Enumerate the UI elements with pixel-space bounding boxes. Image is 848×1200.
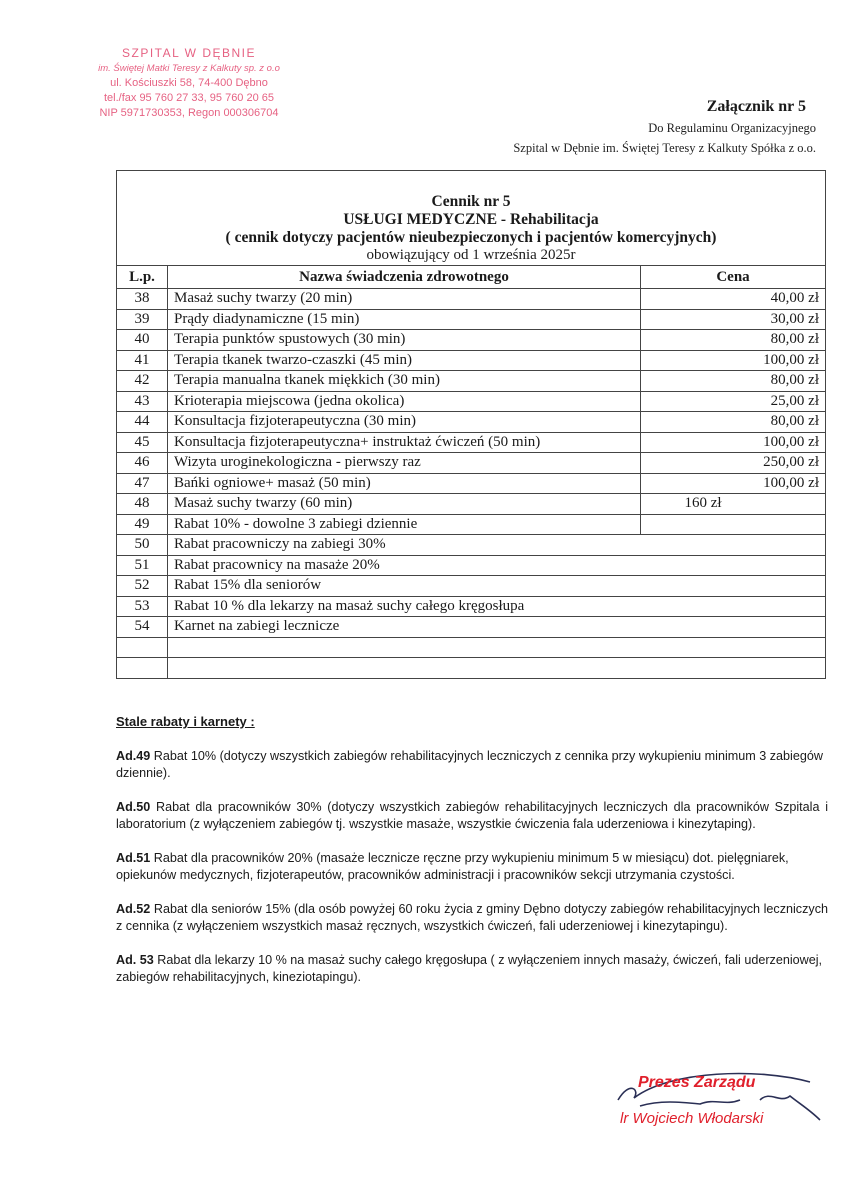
table-row: 44Konsultacja fizjoterapeutyczna (30 min…: [117, 412, 826, 433]
pricelist-effective-date: obowiązujący od 1 września 2025r: [117, 247, 825, 263]
table-row: 48Masaż suchy twarzy (60 min)160 zł: [117, 494, 826, 515]
row-service-name: Terapia punktów spustowych (30 min): [168, 330, 641, 351]
row-price: 25,00 zł: [641, 391, 826, 412]
row-price: 40,00 zł: [641, 289, 826, 310]
stamp-line: im. Świętej Matki Teresy z Kalkuty sp. z…: [84, 61, 294, 76]
column-header-price: Cena: [641, 266, 826, 289]
row-service-name: Terapia manualna tkanek miękkich (30 min…: [168, 371, 641, 392]
note-text: Rabat dla lekarzy 10 % na masaż suchy ca…: [116, 953, 822, 984]
note-label: Ad.50: [116, 800, 150, 814]
row-lp: 46: [117, 453, 168, 474]
row-service-name: Rabat pracownicy na masaże 20%: [168, 555, 826, 576]
note-label: Ad.51: [116, 851, 150, 865]
row-service-name: [168, 658, 826, 679]
note-item: Ad.49 Rabat 10% (dotyczy wszystkich zabi…: [116, 748, 828, 782]
row-lp: 45: [117, 432, 168, 453]
pricelist-subtitle: ( cennik dotyczy pacjentów nieubezpieczo…: [117, 229, 825, 247]
row-lp: 42: [117, 371, 168, 392]
row-price: 100,00 zł: [641, 432, 826, 453]
table-row: 54Karnet na zabiegi lecznicze: [117, 617, 826, 638]
row-lp: 50: [117, 535, 168, 556]
row-lp: 53: [117, 596, 168, 617]
row-lp: 39: [117, 309, 168, 330]
stamp-line: ul. Kościuszki 58, 74-400 Dębno: [84, 76, 294, 91]
row-price: [641, 514, 826, 535]
row-service-name: Karnet na zabiegi lecznicze: [168, 617, 826, 638]
hospital-stamp: SZPITAL W DĘBNIE im. Świętej Matki Teres…: [84, 46, 294, 121]
row-service-name: Prądy diadynamiczne (15 min): [168, 309, 641, 330]
table-row: [117, 637, 826, 658]
row-price: 100,00 zł: [641, 350, 826, 371]
note-text: Rabat 10% (dotyczy wszystkich zabiegów r…: [116, 749, 823, 780]
row-service-name: Masaż suchy twarzy (60 min): [168, 494, 641, 515]
row-lp: 48: [117, 494, 168, 515]
annex-header: Załącznik nr 5 Do Regulaminu Organizacyj…: [513, 98, 816, 158]
annex-line: Szpital w Dębnie im. Świętej Teresy z Ka…: [513, 138, 816, 158]
table-row: [117, 658, 826, 679]
table-row: 49Rabat 10% - dowolne 3 zabiegi dziennie: [117, 514, 826, 535]
row-price: 100,00 zł: [641, 473, 826, 494]
row-price: 80,00 zł: [641, 412, 826, 433]
annex-title: Załącznik nr 5: [513, 98, 806, 116]
table-row: 43Krioterapia miejscowa (jedna okolica)2…: [117, 391, 826, 412]
row-service-name: Terapia tkanek twarzo-czaszki (45 min): [168, 350, 641, 371]
row-lp: 38: [117, 289, 168, 310]
table-row: 38Masaż suchy twarzy (20 min)40,00 zł: [117, 289, 826, 310]
row-lp: 54: [117, 617, 168, 638]
table-row: 52Rabat 15% dla seniorów: [117, 576, 826, 597]
table-row: 40Terapia punktów spustowych (30 min)80,…: [117, 330, 826, 351]
row-service-name: Krioterapia miejscowa (jedna okolica): [168, 391, 641, 412]
column-header-name: Nazwa świadczenia zdrowotnego: [168, 266, 641, 289]
note-item: Ad. 53 Rabat dla lekarzy 10 % na masaż s…: [116, 952, 828, 986]
row-price: 250,00 zł: [641, 453, 826, 474]
row-lp: 41: [117, 350, 168, 371]
note-label: Ad.49: [116, 749, 150, 763]
note-text: Rabat dla pracowników 20% (masaże leczni…: [116, 851, 789, 882]
row-lp: 47: [117, 473, 168, 494]
row-service-name: Bańki ogniowe+ masaż (50 min): [168, 473, 641, 494]
row-service-name: Rabat 10% - dowolne 3 zabiegi dziennie: [168, 514, 641, 535]
note-item: Ad.52 Rabat dla seniorów 15% (dla osób p…: [116, 901, 828, 935]
signature-name: lr Wojciech Włodarski: [620, 1110, 763, 1127]
price-table: Cennik nr 5 USŁUGI MEDYCZNE - Rehabilita…: [116, 170, 826, 679]
stamp-line: NIP 5971730353, Regon 000306704: [84, 106, 294, 121]
stamp-title: SZPITAL W DĘBNIE: [84, 46, 294, 61]
row-lp: [117, 658, 168, 679]
row-lp: [117, 637, 168, 658]
signature-block: Prezes Zarządu lr Wojciech Włodarski: [610, 1060, 830, 1140]
column-header-lp: L.p.: [117, 266, 168, 289]
table-row: 46Wizyta uroginekologiczna - pierwszy ra…: [117, 453, 826, 474]
row-service-name: Rabat 10 % dla lekarzy na masaż suchy ca…: [168, 596, 826, 617]
row-service-name: Konsultacja fizjoterapeutyczna (30 min): [168, 412, 641, 433]
note-label: Ad. 53: [116, 953, 154, 967]
signature-scribble-icon: [610, 1060, 830, 1140]
table-row: 45Konsultacja fizjoterapeutyczna+ instru…: [117, 432, 826, 453]
pricelist-number: Cennik nr 5: [117, 193, 825, 211]
row-service-name: Wizyta uroginekologiczna - pierwszy raz: [168, 453, 641, 474]
table-row: 42Terapia manualna tkanek miękkich (30 m…: [117, 371, 826, 392]
signature-role: Prezes Zarządu: [638, 1074, 755, 1092]
row-price: 160 zł: [641, 494, 826, 515]
row-service-name: Masaż suchy twarzy (20 min): [168, 289, 641, 310]
row-price: 80,00 zł: [641, 371, 826, 392]
row-lp: 49: [117, 514, 168, 535]
table-row: 53Rabat 10 % dla lekarzy na masaż suchy …: [117, 596, 826, 617]
annex-line: Do Regulaminu Organizacyjnego: [513, 118, 816, 138]
note-item: Ad.51 Rabat dla pracowników 20% (masaże …: [116, 850, 828, 884]
notes-title: Stale rabaty i karnety :: [116, 713, 828, 730]
row-lp: 52: [117, 576, 168, 597]
table-row: 41Terapia tkanek twarzo-czaszki (45 min)…: [117, 350, 826, 371]
note-label: Ad.52: [116, 902, 150, 916]
row-lp: 51: [117, 555, 168, 576]
row-lp: 43: [117, 391, 168, 412]
note-item: Ad.50 Rabat dla pracowników 30% (dotyczy…: [116, 799, 828, 833]
note-text: Rabat dla pracowników 30% (dotyczy wszys…: [116, 800, 828, 831]
note-text: Rabat dla seniorów 15% (dla osób powyżej…: [116, 902, 828, 933]
row-service-name: Rabat pracowniczy na zabiegi 30%: [168, 535, 826, 556]
row-service-name: Konsultacja fizjoterapeutyczna+ instrukt…: [168, 432, 641, 453]
row-service-name: [168, 637, 826, 658]
table-heading: Cennik nr 5 USŁUGI MEDYCZNE - Rehabilita…: [117, 171, 826, 266]
table-body: 38Masaż suchy twarzy (20 min)40,00 zł39P…: [117, 289, 826, 679]
discount-notes: Stale rabaty i karnety : Ad.49 Rabat 10%…: [116, 713, 828, 1003]
table-row: 50Rabat pracowniczy na zabiegi 30%: [117, 535, 826, 556]
row-price: 30,00 zł: [641, 309, 826, 330]
table-row: 47Bańki ogniowe+ masaż (50 min)100,00 zł: [117, 473, 826, 494]
row-lp: 40: [117, 330, 168, 351]
row-lp: 44: [117, 412, 168, 433]
table-row: 51Rabat pracownicy na masaże 20%: [117, 555, 826, 576]
stamp-line: tel./fax 95 760 27 33, 95 760 20 65: [84, 91, 294, 106]
row-service-name: Rabat 15% dla seniorów: [168, 576, 826, 597]
pricelist-title: USŁUGI MEDYCZNE - Rehabilitacja: [117, 211, 825, 229]
table-row: 39Prądy diadynamiczne (15 min)30,00 zł: [117, 309, 826, 330]
row-price: 80,00 zł: [641, 330, 826, 351]
